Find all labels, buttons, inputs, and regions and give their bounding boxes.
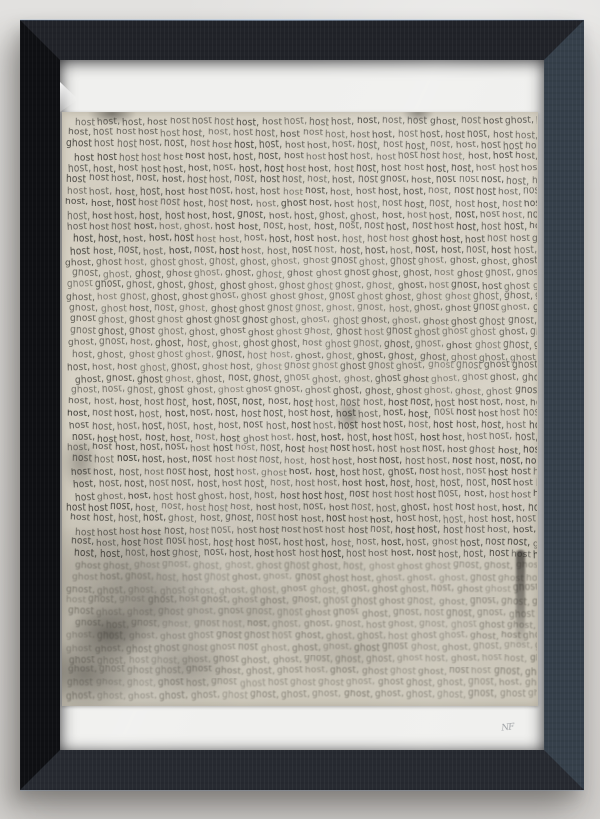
handwritten-word: ghost, [75,619,104,631]
handwritten-word: ghost [427,361,454,373]
handwritten-word: host [276,549,297,562]
handwritten-word: ghost, [168,514,198,527]
handwritten-word: ghost [210,304,237,316]
handwritten-word: host [333,164,354,176]
handwritten-word: host, [229,549,252,561]
handwritten-word: host, [442,151,466,165]
handwritten-word: host [144,397,164,410]
handwritten-word: host, [242,397,266,410]
handwritten-word: host [163,152,184,164]
handwritten-word: host [455,503,476,515]
handwritten-word: host [256,513,277,526]
handwritten-word: host [502,199,523,212]
handwritten-word: host, [218,235,241,247]
handwritten-word: host, [193,421,216,433]
handwritten-word: host [466,467,487,479]
handwritten-word: host [461,116,482,129]
handwritten-word: host, [428,187,452,199]
handwritten-word: ghost, [301,315,331,328]
handwritten-word: ghost [499,689,525,702]
handwritten-word: ghost, [401,503,431,515]
handwritten-word: host, [70,537,94,549]
handwritten-word: host, [347,432,371,446]
handwritten-word: host, [442,432,466,445]
mat-board: hosthost,host,hosthosthosthosthost,hosth… [60,60,544,750]
handwritten-word: host, [523,187,537,199]
handwritten-word: host [377,443,397,457]
handwritten-word: ghost, [446,607,476,621]
handwritten-word: host [376,153,396,165]
handwritten-word: host, [93,397,116,408]
handwritten-word: host, [356,537,379,549]
handwritten-word: host [509,233,530,246]
handwritten-word: ghost [182,642,209,656]
handwritten-word: ghost [390,256,417,269]
handwritten-word: host [398,128,418,142]
handwritten-word: ghost [329,292,355,305]
handwritten-word: ghost [244,631,270,643]
handwritten-text: hosthost,host,hosthosthosthosthost,hosth… [65,117,537,706]
handwritten-word: host [403,164,423,175]
handwritten-word: host, [244,479,268,492]
handwritten-word: ghost, [295,304,325,316]
handwritten-word: ghost, [357,304,387,316]
handwritten-word: ghost [267,304,294,316]
handwritten-word: ghost [287,269,314,281]
handwritten-word: host, [72,349,96,362]
handwritten-word: host, [207,151,231,165]
handwritten-word: host [361,421,381,433]
handwritten-word: ghost, [350,210,380,222]
handwritten-word: ghost, [359,257,389,270]
handwritten-word: host, [203,549,227,562]
handwritten-word: host [243,420,263,433]
handwritten-word: host, [118,513,142,527]
handwritten-word: host, [456,222,480,234]
handwritten-word: ghost, [469,595,499,610]
handwritten-word: ghost [335,327,362,339]
handwritten-word: ghost, [504,292,534,305]
handwritten-word: host, [390,549,414,561]
handwritten-word: host, [317,479,340,491]
handwritten-word: host [309,116,330,129]
handwritten-word: host, [502,210,525,221]
handwritten-word: host, [143,513,167,526]
handwritten-word: host, [263,222,287,234]
handwritten-word: host, [130,338,154,350]
handwritten-word: ghost, [512,361,537,374]
handwritten-word: ghost [516,269,537,280]
handwritten-word: ghost [218,385,244,397]
handwritten-word: ghost, [438,598,467,610]
handwritten-word: host, [118,245,142,258]
handwritten-word: ghost, [172,549,202,562]
handwritten-word: ghost [533,539,537,550]
handwritten-word: host, [352,443,376,456]
handwritten-word: ghost, [400,584,430,598]
handwritten-word: ghost, [157,280,186,293]
handwritten-word: ghost [485,584,511,596]
handwritten-word: ghost [66,644,92,656]
handwritten-word: host [528,503,537,515]
handwritten-word: host, [394,432,418,446]
text-section-host: hosthost,host,hosthosthosthosthost,hosth… [65,117,537,257]
handwritten-word: ghost [261,468,287,480]
handwritten-word: host, [499,678,523,690]
handwritten-word: host [288,409,309,422]
handwritten-word: host, [321,549,344,562]
handwritten-word: ghost [217,606,244,619]
handwriting-row: ghost,host,ghost,ghostghost,ghostghostgh… [65,385,537,398]
handwritten-word: host [479,210,500,222]
handwritten-word: ghost, [361,315,390,327]
handwritten-word: ghost, [127,678,157,690]
handwritten-word: host, [66,210,89,222]
handwritten-word: host [498,164,519,176]
handwritten-word: ghost, [415,338,444,352]
handwritten-word: ghost [442,327,469,339]
handwritten-word: host [118,164,138,175]
handwritten-word: ghost, [535,292,537,303]
handwritten-word: ghost [221,689,248,702]
handwritten-word: ghost [382,641,408,655]
handwritten-word: ghost, [159,690,189,703]
handwritten-word: ghost, [414,304,444,316]
handwritten-word: host, [417,524,440,538]
handwritten-word: host, [383,420,407,433]
handwritten-word: host [416,549,437,562]
handwritten-word: host, [284,456,308,469]
handwritten-word: host, [289,467,313,478]
handwritten-word: ghost [129,315,155,327]
handwritten-word: ghost [182,292,208,304]
handwritten-word: host, [114,443,138,455]
handwritten-word: ghost [277,665,304,678]
handwritten-word: host, [438,550,461,562]
handwritten-word: host [192,454,212,467]
handwritten-word: host [262,117,282,129]
handwritten-word: ghost, [304,327,334,339]
handwritten-word: ghost, [473,641,502,654]
handwritten-word: ghost, [513,583,537,596]
handwritten-word: host, [403,187,427,199]
handwritten-word: ghost [484,361,511,373]
handwritten-word: ghost, [216,349,246,363]
handwritten-word: ghost, [343,689,373,702]
handwritten-word: host [292,397,313,410]
handwritten-word: ghost, [502,338,532,352]
handwritten-word: host, [308,164,331,176]
handwritten-word: ghost [255,362,282,375]
handwritten-word: host [456,409,477,421]
handwritten-word: host [141,153,161,165]
handwritten-word: host [254,549,275,561]
handwritten-word: ghost, [341,583,371,597]
handwritten-word: ghost [379,597,405,609]
handwritten-word: ghost, [485,269,514,281]
handwritten-word: host [389,233,410,246]
handwritten-word: ghost [351,596,377,609]
handwritten-word: ghost, [68,665,97,676]
handwritten-word: ghost, [449,256,478,267]
handwritten-word: host [419,467,440,479]
handwritten-word: ghost, [225,269,254,281]
handwritten-word: ghost [432,537,458,549]
handwritten-word: host, [167,420,191,434]
handwritten-word: host, [167,455,191,468]
handwritten-word: ghost, [127,607,156,621]
handwritten-word: ghost, [185,349,215,361]
handwritten-word: ghost [232,595,259,607]
handwritten-word: ghost, [512,256,537,269]
handwritten-word: host, [429,210,453,222]
handwritten-word: ghost, [353,337,383,352]
handwritten-word: ghost, [410,642,440,655]
handwritten-word: host, [305,187,329,199]
handwritten-word: ghost, [437,678,466,690]
handwritten-word: ghost [294,572,320,586]
handwritten-word: ghost [290,678,317,690]
handwritten-word: host, [422,444,445,458]
handwritten-word: ghost, [437,689,467,702]
handwritten-word: ghost, [326,631,356,643]
handwritten-word: ghost, [330,665,359,678]
handwritten-word: host, [142,454,166,467]
handwritten-word: ghost, [346,678,376,690]
handwritten-word: ghost, [127,385,157,398]
handwritten-word: host [219,245,239,258]
handwritten-word: host [302,338,323,351]
handwritten-word: host, [188,467,212,480]
handwritten-word: host [259,525,280,539]
handwritten-word: ghost, [98,315,128,328]
handwritten-word: ghost, [69,304,98,316]
handwritten-word: host, [515,432,537,446]
handwritten-word: host, [356,199,379,211]
handwritten-word: host, [343,561,367,574]
handwritten-word: host [174,233,194,246]
handwritten-word: ghost, [532,596,537,609]
handwritten-word: ghost, [468,678,497,690]
handwritten-word: host [306,152,326,164]
artwork-paper: hosthost,host,hosthosthosthosthost,hosth… [62,112,538,706]
handwritten-word: ghost [331,256,358,269]
handwritten-word: host, [230,198,253,210]
handwritten-word: ghost [186,665,212,677]
handwritten-word: host [97,292,117,304]
handwritten-word: host [272,631,293,643]
handwritten-word: host, [164,139,187,153]
handwritten-word: host, [143,246,167,258]
handwritten-word: host [529,222,537,234]
handwritten-word: ghost [248,329,274,340]
handwritten-word: ghost [186,315,212,328]
handwritten-word: ghost, [274,385,304,397]
handwritten-word: ghost [158,606,185,620]
handwritten-word: ghost [165,269,192,281]
handwritten-word: ghost [462,373,488,385]
handwritten-word: host [511,490,531,502]
handwritten-word: host, [227,373,251,387]
handwritten-word: ghost [193,619,219,632]
handwriting-row: host,host,hosthosthosthost,hosthost,host… [65,198,537,212]
handwritten-word: host [268,678,289,690]
handwritten-word: host, [467,127,491,141]
handwritten-word: ghost [157,315,183,328]
handwritten-word: host, [267,397,290,409]
handwritten-word: host [536,116,537,129]
handwritten-word: host [368,549,389,561]
handwritten-word: ghost, [297,292,327,305]
handwritten-word: host, [498,187,521,199]
handwritten-word: ghost, [187,607,216,618]
handwritten-word: host, [234,174,258,188]
handwritten-word: ghost [369,562,395,574]
handwritten-word: host, [382,116,406,128]
handwritten-word: ghost, [162,561,192,573]
handwritten-word: host, [217,397,240,410]
handwritten-word: ghost [239,678,266,690]
handwritten-word: host [185,151,206,163]
handwritten-word: ghost [357,292,383,305]
handwritten-word: ghost [534,339,537,352]
handwritten-word: host, [427,455,451,468]
handwritten-word: ghost, [225,561,254,574]
handwritten-word: ghost [126,644,152,656]
handwritten-word: ghost, [396,361,426,374]
handwritten-word: ghost [246,385,273,397]
handwritten-word: host, [139,409,162,421]
handwritten-word: ghost [96,257,122,270]
handwritten-word: host, [92,513,116,527]
handwritten-word: ghost [377,678,403,690]
handwritten-word: ghost [119,595,145,607]
handwritten-word: host [511,467,531,479]
handwritten-word: host [533,550,537,562]
handwritten-word: ghost, [393,607,422,621]
handwritten-word: ghost, [151,292,180,305]
handwritten-word: ghost, [106,374,135,386]
handwritten-word: host, [65,198,88,209]
handwritten-word: ghost, [532,304,537,316]
handwritten-word: host, [404,198,428,211]
handwritten-word: host, [123,234,147,246]
handwritten-word: host, [504,654,528,667]
handwritten-word: host [485,537,506,550]
handwritten-word: host [71,467,92,479]
handwritten-word: ghost [486,386,513,398]
handwritten-word: host [69,420,90,434]
handwritten-word: host [196,234,217,246]
handwritten-word: ghost [284,561,310,574]
handwritten-word: host, [515,130,537,142]
handwritten-word: host [70,245,91,257]
handwritten-word: host [411,222,432,234]
handwritten-word: host, [406,537,430,550]
handwritten-word: host, [197,479,220,492]
handwritten-word: ghost, [187,385,216,397]
handwritten-word: ghost, [468,689,497,702]
handwritten-word: ghost, [103,269,133,281]
handwritten-word: host [454,198,475,211]
handwritten-word: host [416,490,436,503]
handwritten-word: host, [156,572,180,586]
text-section-host: host,host,host,hosthost,host,host,host,h… [65,398,537,562]
handwritten-word: ghost [412,234,438,247]
wall: hosthost,host,hosthosthosthosthost,hosth… [0,0,600,819]
handwritten-word: host [481,222,501,234]
handwritten-word: ghost, [388,619,417,631]
handwritten-word: host [292,245,313,258]
handwritten-word: ghost, [344,375,373,386]
picture-frame: hosthost,host,hosthosthosthosthost,hosth… [20,20,584,790]
handwritten-word: ghost [158,385,184,398]
handwritten-word: host [88,174,109,186]
handwritten-word: ghost, [442,643,471,655]
handwritten-word: host, [370,524,394,538]
handwritten-word: host, [165,443,189,456]
handwritten-word: host [282,187,303,199]
handwritten-word: host [116,139,137,154]
handwritten-word: host, [230,362,254,375]
handwritten-word: host [445,130,466,142]
handwritten-word: host, [512,525,536,537]
handwritten-word: ghost, [515,561,537,573]
handwritten-word: host, [186,678,210,690]
handwritten-word: ghost [303,256,329,268]
handwritten-word: ghost [396,386,422,398]
handwritten-word: host, [98,479,122,492]
handwritten-word: host [215,222,236,234]
handwritten-word: ghost, [514,385,537,398]
handwritten-word: host, [91,199,114,211]
handwritten-word: host [338,420,359,434]
handwritten-word: ghost [397,562,423,573]
handwritten-word: host, [386,222,410,234]
handwritten-word: ghost, [372,269,402,281]
handwritten-word: host, [420,128,444,141]
handwritten-word: host [434,222,455,234]
handwritten-word: host, [263,409,287,422]
handwritten-word: host, [236,467,260,479]
handwritten-word: host [96,152,116,165]
handwritten-word: ghost [374,373,401,387]
handwritten-word: ghost, [232,572,262,584]
handwritten-word: ghost, [532,233,537,245]
handwritten-word: host [334,199,355,211]
handwritten-word: host, [332,139,356,152]
handwritten-word: ghost, [190,689,220,702]
handwritten-word: host, [383,409,407,421]
handwritten-word: ghost, [179,304,209,316]
handwritten-word: ghost, [71,385,100,397]
handwritten-word: ghost, [335,280,364,293]
handwritten-word: host, [350,152,373,164]
handwritten-word: host, [191,397,215,410]
text-section-ghost: ghost,ghosthost,ghostghost,ghost,ghost,g… [65,257,537,397]
handwritten-word: host, [487,525,511,537]
handwritten-word: ghost, [419,619,449,631]
handwritten-word: ghost [241,292,268,305]
handwritten-word: ghost, [65,258,94,270]
handwritten-word: host [208,198,229,212]
handwritten-word: ghost, [405,678,435,690]
handwritten-word: host [238,641,259,655]
handwritten-word: ghost, [504,641,534,652]
handwritten-word: host, [515,151,537,163]
handwritten-word: ghost [474,339,500,352]
handwritten-word: host, [187,211,210,222]
